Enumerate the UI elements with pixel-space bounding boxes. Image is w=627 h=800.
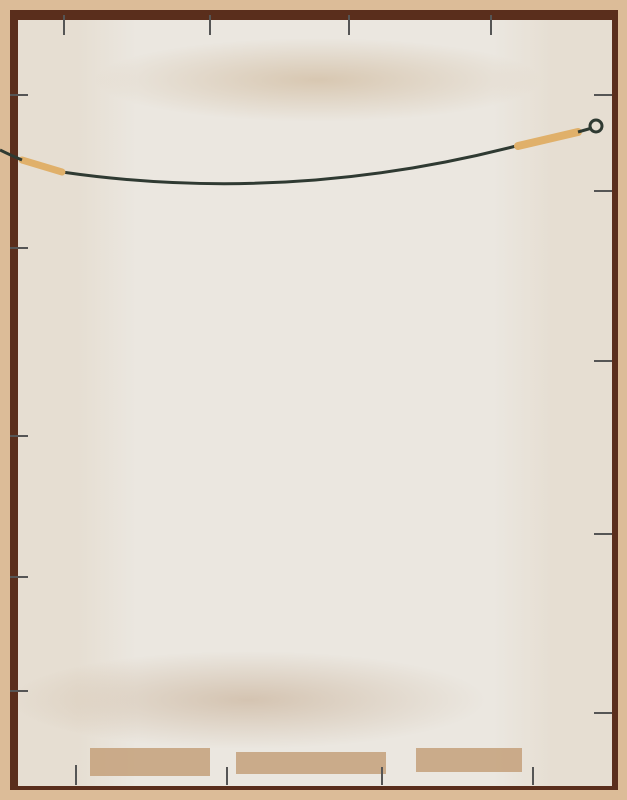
tape-residue xyxy=(236,752,386,774)
tape-residue xyxy=(416,748,522,772)
nail xyxy=(10,247,28,249)
nail xyxy=(532,767,534,785)
nail xyxy=(10,690,28,692)
nail xyxy=(381,767,383,785)
nail xyxy=(10,435,28,437)
tape-residue xyxy=(90,748,210,776)
nail xyxy=(75,765,77,785)
picture-frame xyxy=(0,0,627,800)
nail xyxy=(594,360,612,362)
nail xyxy=(226,767,228,785)
nail xyxy=(594,712,612,714)
hanging-wire xyxy=(0,0,627,200)
nail xyxy=(594,533,612,535)
nail xyxy=(10,576,28,578)
